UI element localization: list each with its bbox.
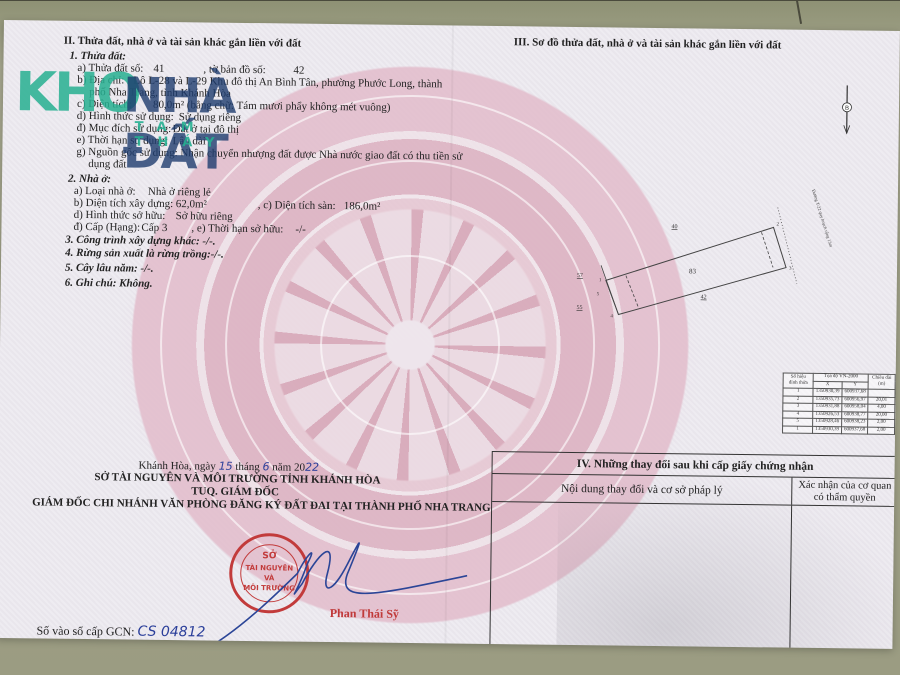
coord-header-length: Chiều dài (m) bbox=[868, 374, 895, 389]
place-date-prefix: Khánh Hòa, ngày bbox=[138, 460, 215, 473]
floor-area-label: , c) Diện tích sàn: bbox=[258, 199, 336, 213]
parcel-diagram: 83 40 42 57 55 1 2 3 4 5 Đường T-22 quy … bbox=[560, 177, 862, 341]
own-term-value: -/- bbox=[295, 224, 306, 237]
north-arrow-icon: B bbox=[839, 85, 856, 135]
own-term-label: , e) Thời hạn sở hữu: bbox=[191, 222, 283, 236]
coord-cell-y: 600956,97 bbox=[842, 396, 868, 404]
svg-text:57: 57 bbox=[577, 273, 583, 279]
svg-text:2: 2 bbox=[777, 222, 780, 227]
svg-text:40: 40 bbox=[671, 224, 677, 230]
coord-cell-x: 1350928,46 bbox=[813, 418, 842, 426]
registry-value: CS 04812 bbox=[137, 624, 205, 641]
perennial: 5. Cây lâu năm: -/-. bbox=[65, 262, 154, 276]
year-label: năm 20 bbox=[272, 461, 305, 473]
date-year: 22 bbox=[305, 461, 319, 474]
date-day: 15 bbox=[219, 460, 233, 473]
grade-label: đ) Cấp (Hạng): bbox=[73, 221, 140, 235]
changes-col-confirm-line2: có thẩm quyền bbox=[792, 492, 897, 505]
certificate-page: II. Thửa đất, nhà ở và tài sản khác gắn … bbox=[0, 20, 900, 649]
changes-confirm-cell bbox=[790, 506, 897, 649]
svg-text:83: 83 bbox=[689, 267, 697, 275]
svg-text:1: 1 bbox=[599, 278, 602, 283]
coord-cell-y: 600937,68 bbox=[842, 389, 868, 397]
tuq-title: TUQ. GIÁM ĐỐC bbox=[191, 485, 279, 499]
plantation: 4. Rừng sản xuất là rừng trồng:-/-. bbox=[65, 247, 224, 262]
coord-cell-x: 1350926,53 bbox=[813, 411, 842, 419]
coord-cell-x: 1350930,39 bbox=[813, 388, 842, 396]
registry-label: Số vào sổ cấp GCN: bbox=[36, 623, 134, 638]
grade-value: Cấp 3 bbox=[141, 222, 167, 235]
svg-text:42: 42 bbox=[701, 295, 707, 301]
month-label: tháng bbox=[235, 461, 260, 473]
coordinate-table: Số hiệu đỉnh thửa Tọa độ VN-2000 Chiều d… bbox=[782, 373, 896, 435]
coord-cell-y: 600937,68 bbox=[842, 426, 868, 434]
svg-text:55: 55 bbox=[576, 305, 582, 311]
svg-text:3: 3 bbox=[789, 267, 792, 272]
registry-line: Số vào sổ cấp GCN: CS 04812 bbox=[36, 624, 205, 639]
coord-cell-y: 600938,77 bbox=[842, 411, 868, 419]
section-ii-title: II. Thửa đất, nhà ở và tài sản khác gắn … bbox=[64, 35, 302, 51]
floor-tile-seam bbox=[0, 0, 900, 1]
svg-text:5: 5 bbox=[597, 292, 600, 297]
coord-cell-x: 1350935,73 bbox=[813, 396, 842, 404]
origin-value-line-2: dụng đất bbox=[88, 158, 126, 171]
signer-name: Phan Thái Sỹ bbox=[330, 606, 399, 622]
changes-content-cell bbox=[490, 502, 792, 649]
coord-cell-pt: 1 bbox=[783, 426, 813, 434]
notes: 6. Ghi chú: Không. bbox=[65, 277, 153, 291]
coord-cell-y: 600958,04 bbox=[842, 404, 868, 412]
coord-row: 11350930,39600937,682,00 bbox=[783, 426, 895, 435]
section-iii-title: III. Sơ đồ thửa đất, nhà ở và tài sản kh… bbox=[514, 36, 782, 52]
coord-cell-x: 1350930,39 bbox=[813, 426, 842, 434]
coord-cell-len: 2,00 bbox=[868, 427, 895, 435]
coord-header-vertex: Số hiệu đỉnh thửa bbox=[783, 373, 813, 388]
changes-col-content: Nội dung thay đổi và cơ sở pháp lý bbox=[492, 474, 792, 505]
svg-text:4: 4 bbox=[610, 314, 613, 319]
changes-col-confirm-line1: Xác nhận của cơ quan bbox=[792, 480, 897, 493]
svg-text:Đường T-22 quy hoạch rộng 13m: Đường T-22 quy hoạch rộng 13m bbox=[811, 189, 834, 248]
changes-table: IV. Những thay đổi sau khi cấp giấy chứn… bbox=[489, 451, 898, 649]
coord-cell-x: 1350931,88 bbox=[813, 403, 842, 411]
svg-text:B: B bbox=[845, 106, 849, 112]
floor-tile-seam bbox=[796, 0, 802, 24]
coord-cell-y: 600938,23 bbox=[842, 419, 868, 427]
signature-scribble bbox=[206, 513, 468, 649]
date-month: 6 bbox=[262, 460, 269, 473]
changes-col-confirm: Xác nhận của cơ quan có thẩm quyền bbox=[792, 478, 897, 506]
floor-area-value: 186,0m² bbox=[344, 200, 381, 213]
